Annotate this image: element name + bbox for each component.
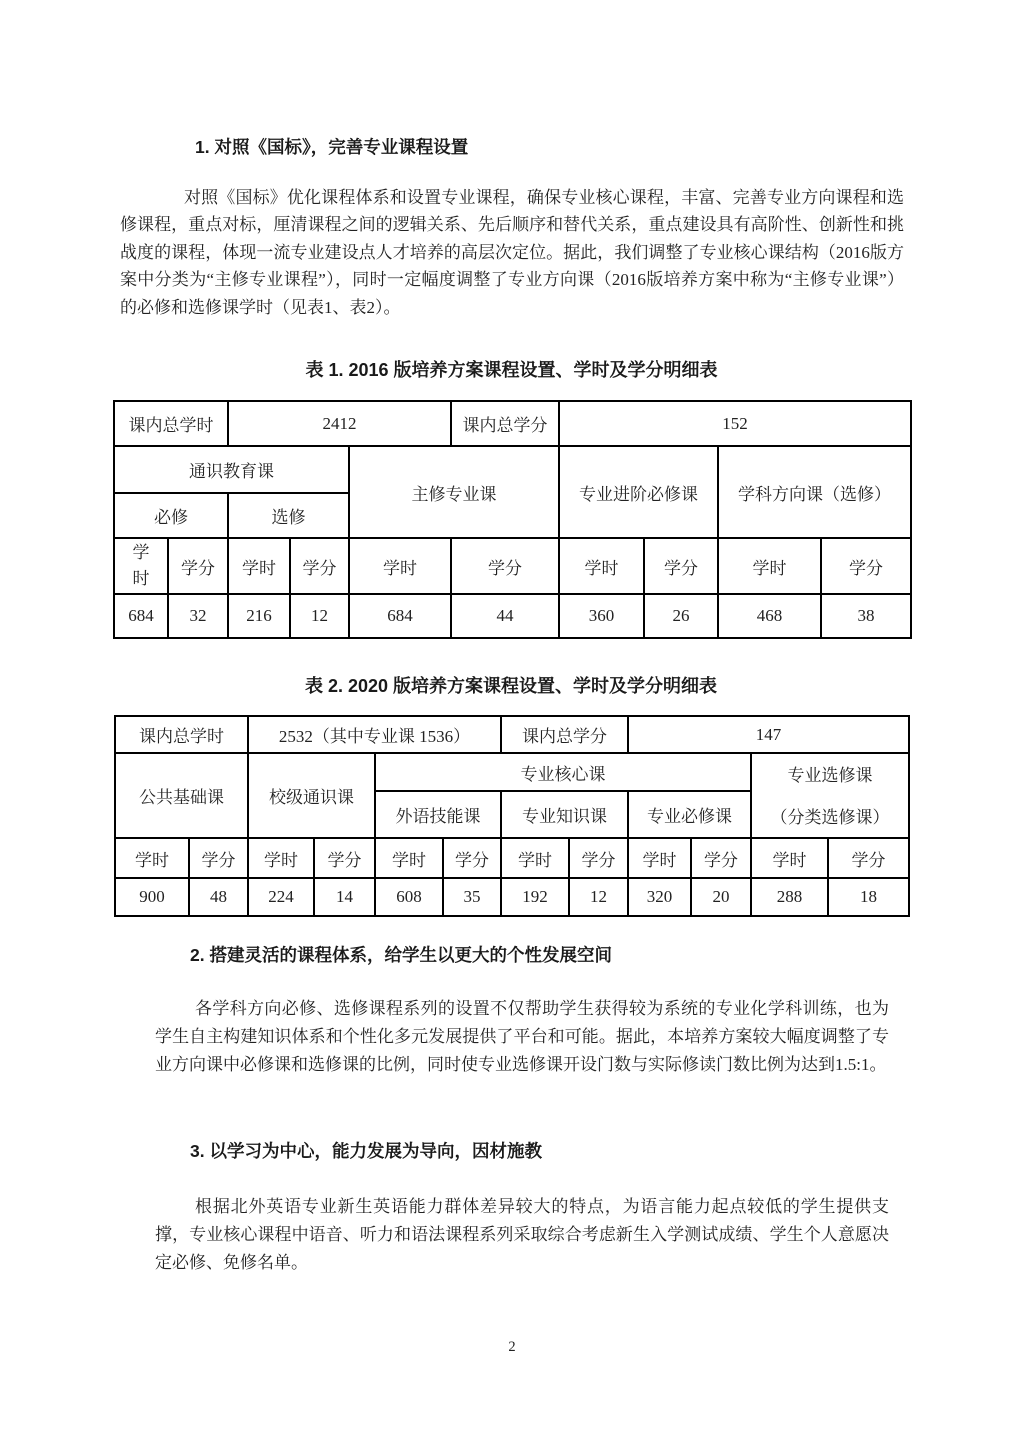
credits-header-cell: 学分 <box>828 838 909 878</box>
value-cell: 20 <box>691 878 751 916</box>
value-cell: 12 <box>569 878 628 916</box>
hours-header-cell: 学时 <box>248 838 314 878</box>
hours-header-cell: 学时 <box>114 538 168 594</box>
total-hours-label-cell: 课内总学时 <box>115 716 248 753</box>
table-row: 通识教育课 主修专业课 专业进阶必修课 学科方向课（选修） <box>114 446 911 493</box>
credits-header-cell: 学分 <box>569 838 628 878</box>
section-3-heading: 3. 以学习为中心，能力发展为导向，因材施教 <box>190 1140 542 1162</box>
page-number: 2 <box>0 1339 1024 1356</box>
table-row: 学时 学分 学时 学分 学时 学分 学时 学分 学时 学分 学时 学分 <box>115 838 909 878</box>
table-row: 684 32 216 12 684 44 360 26 468 38 <box>114 594 911 638</box>
value-cell: 48 <box>189 878 248 916</box>
hours-header-cell: 学时 <box>349 538 451 594</box>
section-2-paragraph: 各学科方向必修、选修课程系列的设置不仅帮助学生获得较为系统的专业化学科训练，也为… <box>155 995 889 1080</box>
value-cell: 18 <box>828 878 909 916</box>
hours-header-cell: 学时 <box>115 838 189 878</box>
subgroup-required-cell: 专业必修课 <box>628 791 751 838</box>
major-elective-line1: 专业选修课 <box>754 766 906 786</box>
value-cell: 320 <box>628 878 691 916</box>
table-1-title: 表 1. 2016 版培养方案课程设置、学时及学分明细表 <box>113 356 910 382</box>
hours-header-cell: 学时 <box>751 838 828 878</box>
table-row: 900 48 224 14 608 35 192 12 320 20 288 1… <box>115 878 909 916</box>
subgroup-elective-cell: 选修 <box>228 493 349 538</box>
group-university-general-cell: 校级通识课 <box>248 753 375 838</box>
hours-header-cell: 学时 <box>559 538 644 594</box>
total-hours-value-cell: 2532（其中专业课 1536） <box>248 716 501 753</box>
credits-header-cell: 学分 <box>168 538 228 594</box>
group-major-courses-cell: 主修专业课 <box>349 446 559 538</box>
hours-header-cell: 学时 <box>501 838 569 878</box>
value-cell: 900 <box>115 878 189 916</box>
value-cell: 608 <box>375 878 443 916</box>
value-cell: 35 <box>443 878 501 916</box>
value-cell: 216 <box>228 594 290 638</box>
credits-header-cell: 学分 <box>821 538 911 594</box>
credits-header-cell: 学分 <box>644 538 718 594</box>
total-credits-label-cell: 课内总学分 <box>501 716 628 753</box>
value-cell: 26 <box>644 594 718 638</box>
value-cell: 360 <box>559 594 644 638</box>
group-direction-elective-cell: 学科方向课（选修） <box>718 446 911 538</box>
total-hours-label-cell: 课内总学时 <box>114 401 228 446</box>
table-2-title: 表 2. 2020 版培养方案课程设置、学时及学分明细表 <box>114 672 908 698</box>
subgroup-required-cell: 必修 <box>114 493 228 538</box>
credits-header-cell: 学分 <box>691 838 751 878</box>
section-1-paragraph: 对照《国标》优化课程体系和设置专业课程，确保专业核心课程，丰富、完善专业方向课程… <box>120 184 904 321</box>
hours-header-cell: 学时 <box>228 538 290 594</box>
group-major-core-cell: 专业核心课 <box>375 753 751 791</box>
table-1-2016-plan: 课内总学时 2412 课内总学分 152 通识教育课 主修专业课 专业进阶必修课… <box>113 400 912 639</box>
credits-header-cell: 学分 <box>290 538 349 594</box>
hours-header-cell: 学时 <box>375 838 443 878</box>
total-credits-label-cell: 课内总学分 <box>451 401 559 446</box>
value-cell: 12 <box>290 594 349 638</box>
major-elective-line2: （分类选修课） <box>754 808 906 828</box>
section-2-heading: 2. 搭建灵活的课程体系，给学生以更大的个性发展空间 <box>190 944 612 966</box>
value-cell: 192 <box>501 878 569 916</box>
hours-header-cell: 学时 <box>718 538 821 594</box>
value-cell: 224 <box>248 878 314 916</box>
total-hours-value-cell: 2412 <box>228 401 451 446</box>
group-public-basic-cell: 公共基础课 <box>115 753 248 838</box>
table-2-2020-plan: 课内总学时 2532（其中专业课 1536） 课内总学分 147 公共基础课 校… <box>114 715 910 917</box>
value-cell: 684 <box>349 594 451 638</box>
table-row: 公共基础课 校级通识课 专业核心课 专业选修课 （分类选修课） <box>115 753 909 791</box>
section-3-paragraph: 根据北外英语专业新生英语能力群体差异较大的特点，为语言能力起点较低的学生提供支撑… <box>155 1193 889 1278</box>
table-row: 课内总学时 2532（其中专业课 1536） 课内总学分 147 <box>115 716 909 753</box>
group-advanced-required-cell: 专业进阶必修课 <box>559 446 718 538</box>
subgroup-knowledge-cell: 专业知识课 <box>501 791 628 838</box>
value-cell: 468 <box>718 594 821 638</box>
credits-header-cell: 学分 <box>189 838 248 878</box>
group-general-education-cell: 通识教育课 <box>114 446 349 493</box>
value-cell: 44 <box>451 594 559 638</box>
total-credits-value-cell: 147 <box>628 716 909 753</box>
value-cell: 684 <box>114 594 168 638</box>
table-row: 课内总学时 2412 课内总学分 152 <box>114 401 911 446</box>
value-cell: 14 <box>314 878 375 916</box>
credits-header-cell: 学分 <box>451 538 559 594</box>
document-page: 1. 对照《国标》，完善专业课程设置 对照《国标》优化课程体系和设置专业课程，确… <box>0 0 1024 1448</box>
hours-header-stacked: 学时 <box>132 540 151 593</box>
group-major-elective-cell: 专业选修课 （分类选修课） <box>751 753 909 838</box>
subgroup-foreign-skills-cell: 外语技能课 <box>375 791 501 838</box>
value-cell: 32 <box>168 594 228 638</box>
section-1-heading: 1. 对照《国标》，完善专业课程设置 <box>195 136 468 158</box>
value-cell: 288 <box>751 878 828 916</box>
total-credits-value-cell: 152 <box>559 401 911 446</box>
table-row: 学时 学分 学时 学分 学时 学分 学时 学分 学时 学分 <box>114 538 911 594</box>
credits-header-cell: 学分 <box>314 838 375 878</box>
hours-header-cell: 学时 <box>628 838 691 878</box>
value-cell: 38 <box>821 594 911 638</box>
credits-header-cell: 学分 <box>443 838 501 878</box>
